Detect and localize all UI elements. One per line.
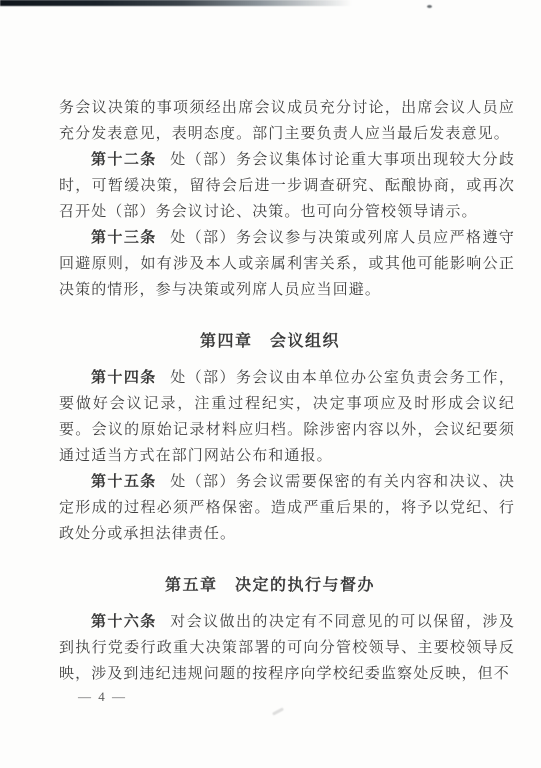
scan-artifact-speck [427,5,432,8]
paragraph-continuation: 务会议决策的事项须经出席会议成员充分讨论，出席会议人员应充分发表意见，表明态度。… [59,95,515,147]
article-15-paragraph: 第十五条处（部）务会议需要保密的有关内容和决议、决定形成的过程必须严格保密。造成… [59,469,515,547]
scan-artifact-top-edge [0,0,352,6]
article-12-paragraph: 第十二条处（部）务会议集体讨论重大事项出现较大分歧时，可暂缓决策，留待会后进一步… [59,147,515,225]
article-14-label: 第十四条 [91,370,157,386]
chapter-4-heading: 第四章 会议组织 [42,329,498,355]
scanned-page: 务会议决策的事项须经出席会议成员充分讨论，出席会议人员应充分发表意见，表明态度。… [0,0,541,768]
article-15-label: 第十五条 [91,474,157,490]
chapter-5-heading: 第五章 决定的执行与督办 [42,573,498,599]
article-12-label: 第十二条 [91,152,157,168]
article-16-paragraph: 第十六条对会议做出的决定有不同意见的可以保留，涉及到执行党委行政重大决策部署的可… [59,609,515,687]
article-13-label: 第十三条 [91,230,157,246]
article-16-label: 第十六条 [91,614,157,630]
article-14-paragraph: 第十四条处（部）务会议由本单位办公室负责会务工作，要做好会议记录，注重过程纪实，… [59,365,515,469]
article-13-paragraph: 第十三条处（部）务会议参与决策或列席人员应严格遵守回避原则，如有涉及本人或亲属利… [59,225,515,303]
document-body: 务会议决策的事项须经出席会议成员充分讨论，出席会议人员应充分发表意见，表明态度。… [59,95,515,705]
scan-artifact-smudge [272,707,284,715]
page-number: — 4 — [78,689,515,705]
